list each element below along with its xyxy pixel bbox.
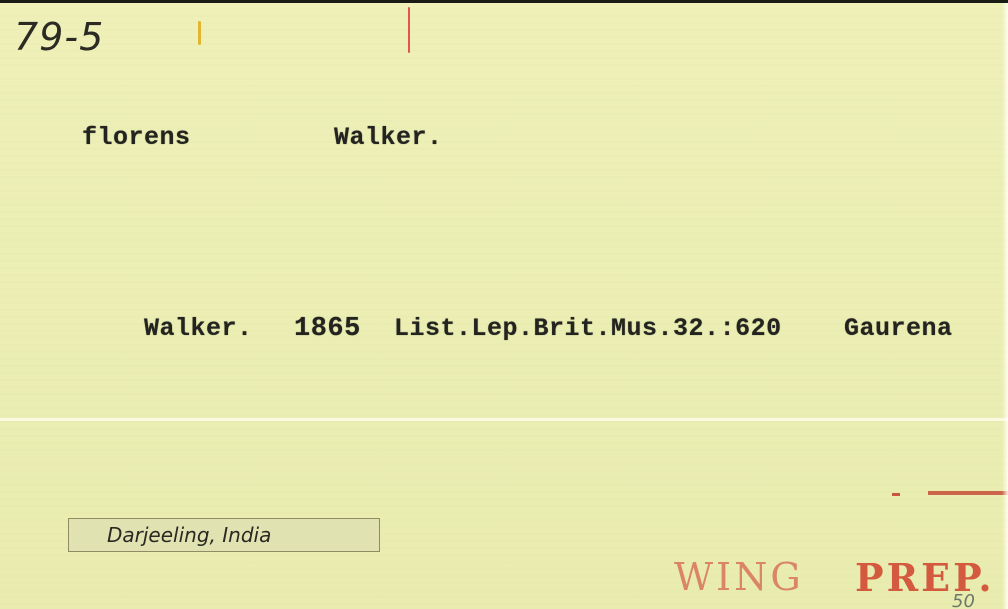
reference-number: 79-5 — [14, 15, 104, 59]
yellow-tab-mark — [198, 21, 201, 45]
citation-author: Walker. — [144, 314, 294, 343]
scan-seam-divider — [0, 418, 1008, 421]
citation-genus: Gaurena — [844, 314, 953, 343]
citation-reference: List.Lep.Brit.Mus.32.:620 — [394, 314, 844, 343]
locality-text: Darjeeling, India — [107, 523, 271, 547]
corner-number: 50 — [952, 591, 975, 609]
citation-line: Walker.1865List.Lep.Brit.Mus.32.:620Gaur… — [82, 285, 953, 373]
red-mark — [892, 493, 900, 496]
locality-label: Darjeeling, India — [68, 518, 380, 552]
red-tab-mark — [408, 7, 410, 53]
citation-year: 1865 — [294, 314, 394, 344]
species-author: Walker. — [334, 123, 443, 152]
red-mark — [928, 491, 1008, 495]
stamp-wing: WING — [674, 555, 804, 599]
specimen-index-card: 79-5 florens Walker. Walker.1865List.Lep… — [0, 3, 1008, 609]
species-name: florens — [82, 123, 191, 152]
